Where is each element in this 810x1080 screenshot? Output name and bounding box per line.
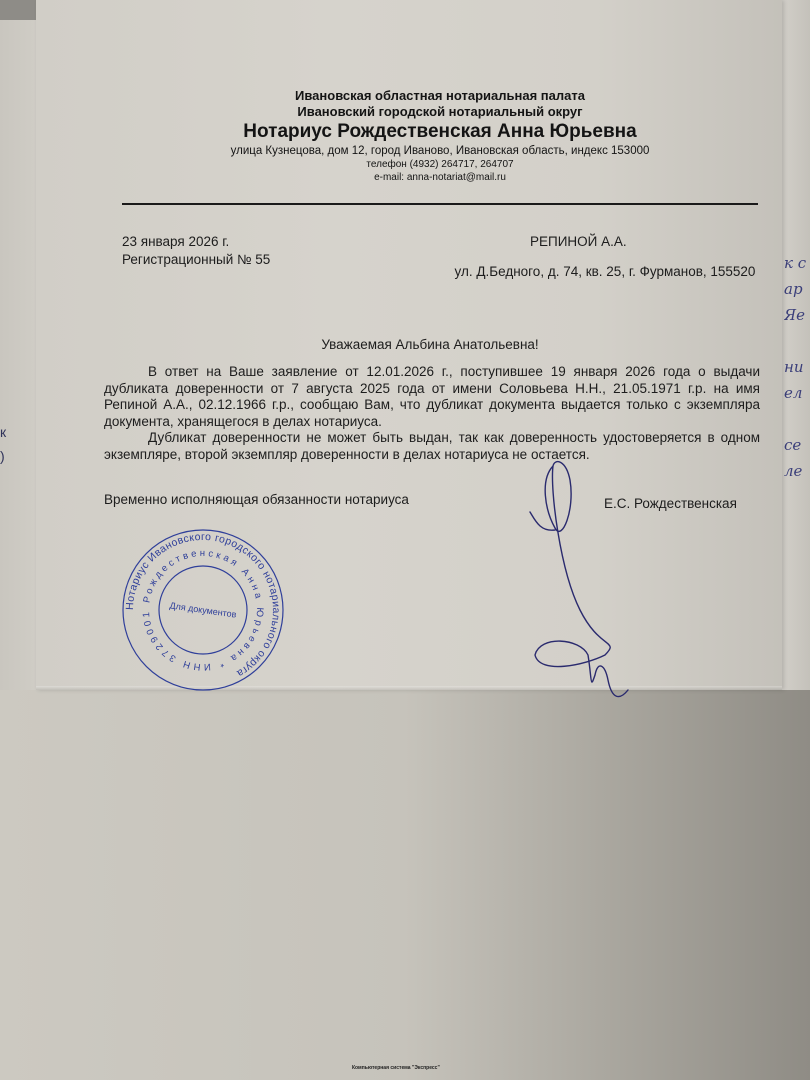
recipient-name: РЕПИНОЙ А.А. <box>530 233 770 251</box>
chamber-name: Ивановская областная нотариальная палата <box>200 88 680 104</box>
letter-date: 23 января 2026 г. <box>122 233 270 251</box>
letter-body: В ответ на Ваше заявление от 12.01.2026 … <box>104 364 760 463</box>
stamp-center-text: Для документов <box>169 600 237 619</box>
notary-title: Нотариус Рождественская Анна Юрьевна <box>200 120 680 144</box>
letter-meta: 23 января 2026 г. Регистрационный № 55 <box>122 233 270 269</box>
district-name: Ивановский городской нотариальный округ <box>200 104 680 120</box>
background-handwriting-right: к с ар Яе ни ел се ле <box>784 250 810 510</box>
header-divider <box>122 203 758 205</box>
registration-number: Регистрационный № 55 <box>122 251 270 269</box>
signoff-position: Временно исполняющая обязанности нотариу… <box>104 492 409 507</box>
recipient-block: РЕПИНОЙ А.А. ул. Д.Бедного, д. 74, кв. 2… <box>450 233 770 281</box>
notary-email: e-mail: anna-notariat@mail.ru <box>200 171 680 184</box>
background-object <box>0 0 36 20</box>
recipient-address: ул. Д.Бедного, д. 74, кв. 25, г. Фурмано… <box>450 263 760 281</box>
background-handwriting-left: к ) <box>0 420 8 480</box>
underlying-sheet <box>0 690 810 1080</box>
greeting: Уважаемая Альбина Анатольевна! <box>90 337 770 352</box>
letterhead: Ивановская областная нотариальная палата… <box>200 88 680 184</box>
body-paragraph: Дубликат доверенности не может быть выда… <box>104 430 760 463</box>
body-paragraph: В ответ на Ваше заявление от 12.01.2026 … <box>104 364 760 430</box>
handwritten-signature <box>500 450 650 710</box>
notary-phone: телефон (4932) 264717, 264707 <box>200 158 680 171</box>
notary-stamp: Нотариус Ивановского городского нотариал… <box>118 525 288 695</box>
footer-system-mark: Компьютерная система "Экспресс" <box>352 1065 440 1071</box>
notary-address: улица Кузнецова, дом 12, город Иваново, … <box>200 144 680 158</box>
